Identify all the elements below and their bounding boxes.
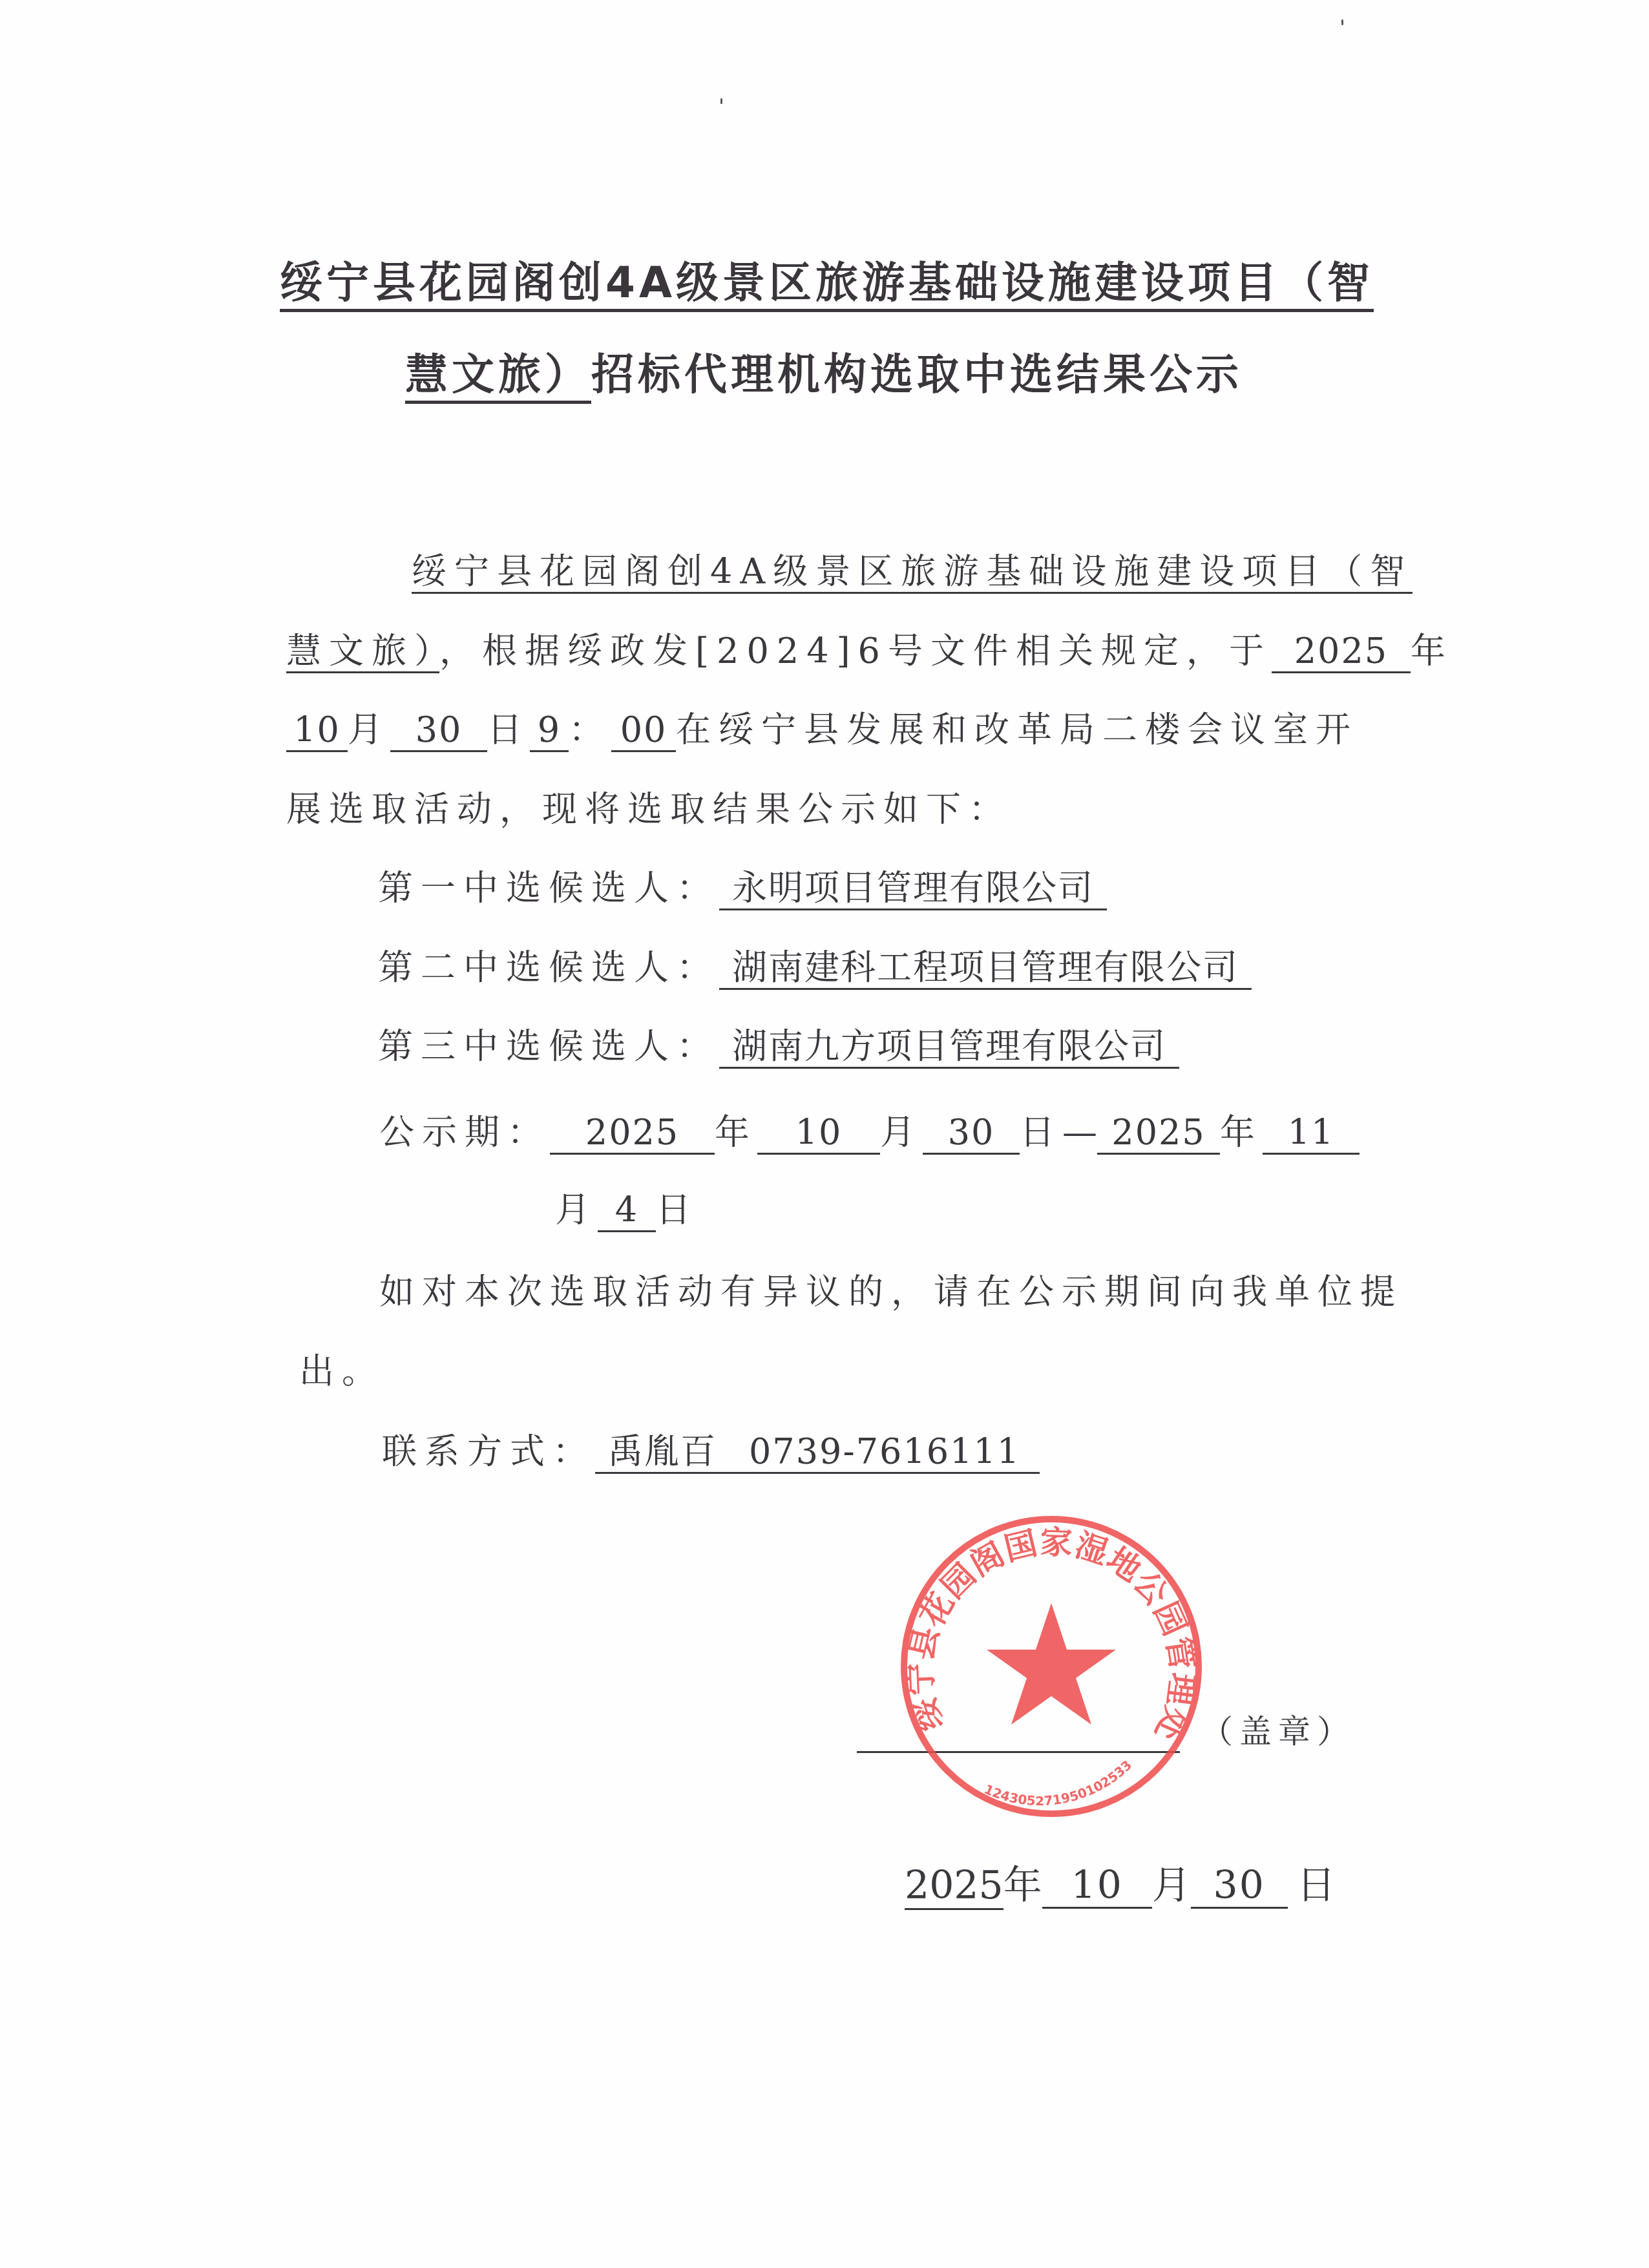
intro-line-2: 慧文旅），根据绥政发[2024]6号文件相关规定，于2025年: [286, 629, 1453, 674]
candidate-row-2: 第二中选候选人：湖南建科工程项目管理有限公司: [378, 945, 1252, 991]
contact-person: 禹胤百: [608, 1431, 717, 1472]
candidate-name: 湖南九方项目管理有限公司: [719, 1027, 1179, 1069]
publicity-period-line-2: 月4日: [555, 1188, 698, 1233]
candidate-name: 湖南建科工程项目管理有限公司: [719, 948, 1252, 990]
end-year: 2025: [1097, 1113, 1220, 1155]
start-day: 30: [923, 1113, 1020, 1155]
scan-speck: [720, 98, 722, 104]
meeting-year: 2025: [1272, 631, 1411, 673]
star-icon: [987, 1603, 1116, 1725]
intro-line-1: 绥宁县花园阁创4A级景区旅游基础设施建设项目（智: [412, 549, 1413, 594]
meeting-hour: 9: [530, 710, 569, 752]
candidate-label: 第三中选候选人：: [378, 1026, 719, 1067]
project-name-cont: 慧文旅）: [286, 631, 439, 673]
meeting-month: 10: [286, 710, 348, 752]
document-title-line1: 绥宁县花园阁创4A级景区旅游基础设施建设项目（智: [280, 257, 1374, 309]
meeting-minute: 00: [611, 710, 676, 752]
intro-line-3: 10月30日9：00在绥宁县发展和改革局二楼会议室开: [286, 708, 1358, 753]
candidate-row-3: 第三中选候选人：湖南九方项目管理有限公司: [378, 1024, 1179, 1069]
contact-phone: 0739-7616111: [749, 1431, 1020, 1472]
start-year: 2025: [550, 1113, 715, 1155]
objection-line-2: 出。: [299, 1349, 384, 1394]
publicity-period-line-1: 公示期：2025年10月30日—2025年11: [379, 1110, 1360, 1155]
end-month: 11: [1263, 1113, 1360, 1155]
contact-info: 禹胤百0739-7616111: [595, 1432, 1040, 1474]
meeting-day: 30: [390, 710, 487, 752]
candidate-label: 第一中选候选人：: [378, 868, 719, 908]
candidate-row-1: 第一中选候选人：永明项目管理有限公司: [378, 866, 1107, 911]
official-seal-stamp: 绥宁县花园阁国家湿地公园管理处 124305271950102533: [898, 1513, 1205, 1820]
date-year: 2025: [905, 1863, 1003, 1910]
end-day: 4: [598, 1190, 656, 1232]
project-name: 绥宁县花园阁创4A级景区旅游基础设施建设项目（智: [412, 551, 1413, 594]
document-title-line2: 慧文旅）招标代理机构选取中选结果公示: [405, 349, 1243, 401]
objection-line-1: 如对本次选取活动有异议的，请在公示期间向我单位提: [379, 1270, 1403, 1315]
date-month: 10: [1042, 1864, 1152, 1909]
document-page: 绥宁县花园阁创4A级景区旅游基础设施建设项目（智 慧文旅）招标代理机构选取中选结…: [0, 0, 1649, 2268]
seal-label: （盖章）: [1201, 1706, 1356, 1752]
date-day: 30: [1191, 1864, 1288, 1909]
signature-date: 2025年10月30日: [905, 1854, 1336, 1910]
candidate-label: 第二中选候选人：: [378, 947, 719, 988]
intro-line-4: 展选取活动，现将选取结果公示如下：: [286, 787, 1011, 832]
candidate-name: 永明项目管理有限公司: [719, 868, 1107, 910]
scan-speck: [1341, 19, 1343, 25]
contact-line: 联系方式：禹胤百0739-7616111: [382, 1429, 1040, 1475]
start-month: 10: [757, 1113, 880, 1155]
